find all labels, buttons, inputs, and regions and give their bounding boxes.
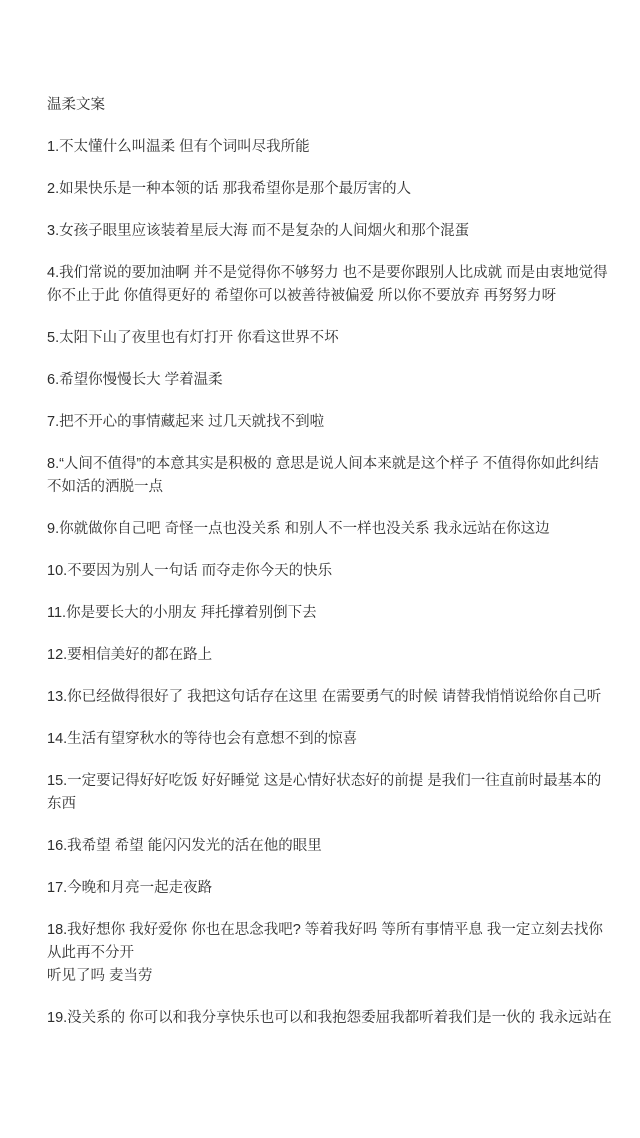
quote-item: 19.没关系的 你可以和我分享快乐也可以和我抱怨委屈我都听着我们是一伙的 我永远… (47, 1007, 600, 1030)
quote-item: 10.不要因为别人一句话 而夺走你今天的快乐 (47, 560, 600, 583)
quote-item: 6.希望你慢慢长大 学着温柔 (47, 369, 600, 392)
quote-item: 1.不太懂什么叫温柔 但有个词叫尽我所能 (47, 136, 600, 159)
quote-item: 8.“人间不值得”的本意其实是积极的 意思是说人间本来就是这个样子 不值得你如此… (47, 453, 600, 499)
quote-item: 2.如果快乐是一种本领的话 那我希望你是那个最厉害的人 (47, 178, 600, 201)
page-title: 温柔文案 (47, 94, 600, 117)
document-page: 温柔文案 1.不太懂什么叫温柔 但有个词叫尽我所能2.如果快乐是一种本领的话 那… (0, 0, 640, 1089)
quote-list: 1.不太懂什么叫温柔 但有个词叫尽我所能2.如果快乐是一种本领的话 那我希望你是… (47, 136, 600, 1030)
quote-item: 3.女孩子眼里应该装着星辰大海 而不是复杂的人间烟火和那个混蛋 (47, 220, 600, 243)
quote-item: 13.你已经做得很好了 我把这句话存在这里 在需要勇气的时候 请替我悄悄说给你自… (47, 686, 600, 709)
quote-item: 17.今晚和月亮一起走夜路 (47, 877, 600, 900)
quote-item: 18.我好想你 我好爱你 你也在思念我吧? 等着我好吗 等所有事情平息 我一定立… (47, 919, 600, 988)
quote-item: 7.把不开心的事情藏起来 过几天就找不到啦 (47, 411, 600, 434)
quote-item: 16.我希望 希望 能闪闪发光的活在他的眼里 (47, 835, 600, 858)
quote-item: 5.太阳下山了夜里也有灯打开 你看这世界不坏 (47, 327, 600, 350)
quote-item: 4.我们常说的要加油啊 并不是觉得你不够努力 也不是要你跟别人比成就 而是由衷地… (47, 262, 600, 308)
quote-item: 9.你就做你自己吧 奇怪一点也没关系 和别人不一样也没关系 我永远站在你这边 (47, 518, 600, 541)
quote-item: 14.生活有望穿秋水的等待也会有意想不到的惊喜 (47, 728, 600, 751)
quote-item: 12.要相信美好的都在路上 (47, 644, 600, 667)
quote-item: 11.你是要长大的小朋友 拜托撑着别倒下去 (47, 602, 600, 625)
quote-item: 15.一定要记得好好吃饭 好好睡觉 这是心情好状态好的前提 是我们一往直前时最基… (47, 770, 600, 816)
